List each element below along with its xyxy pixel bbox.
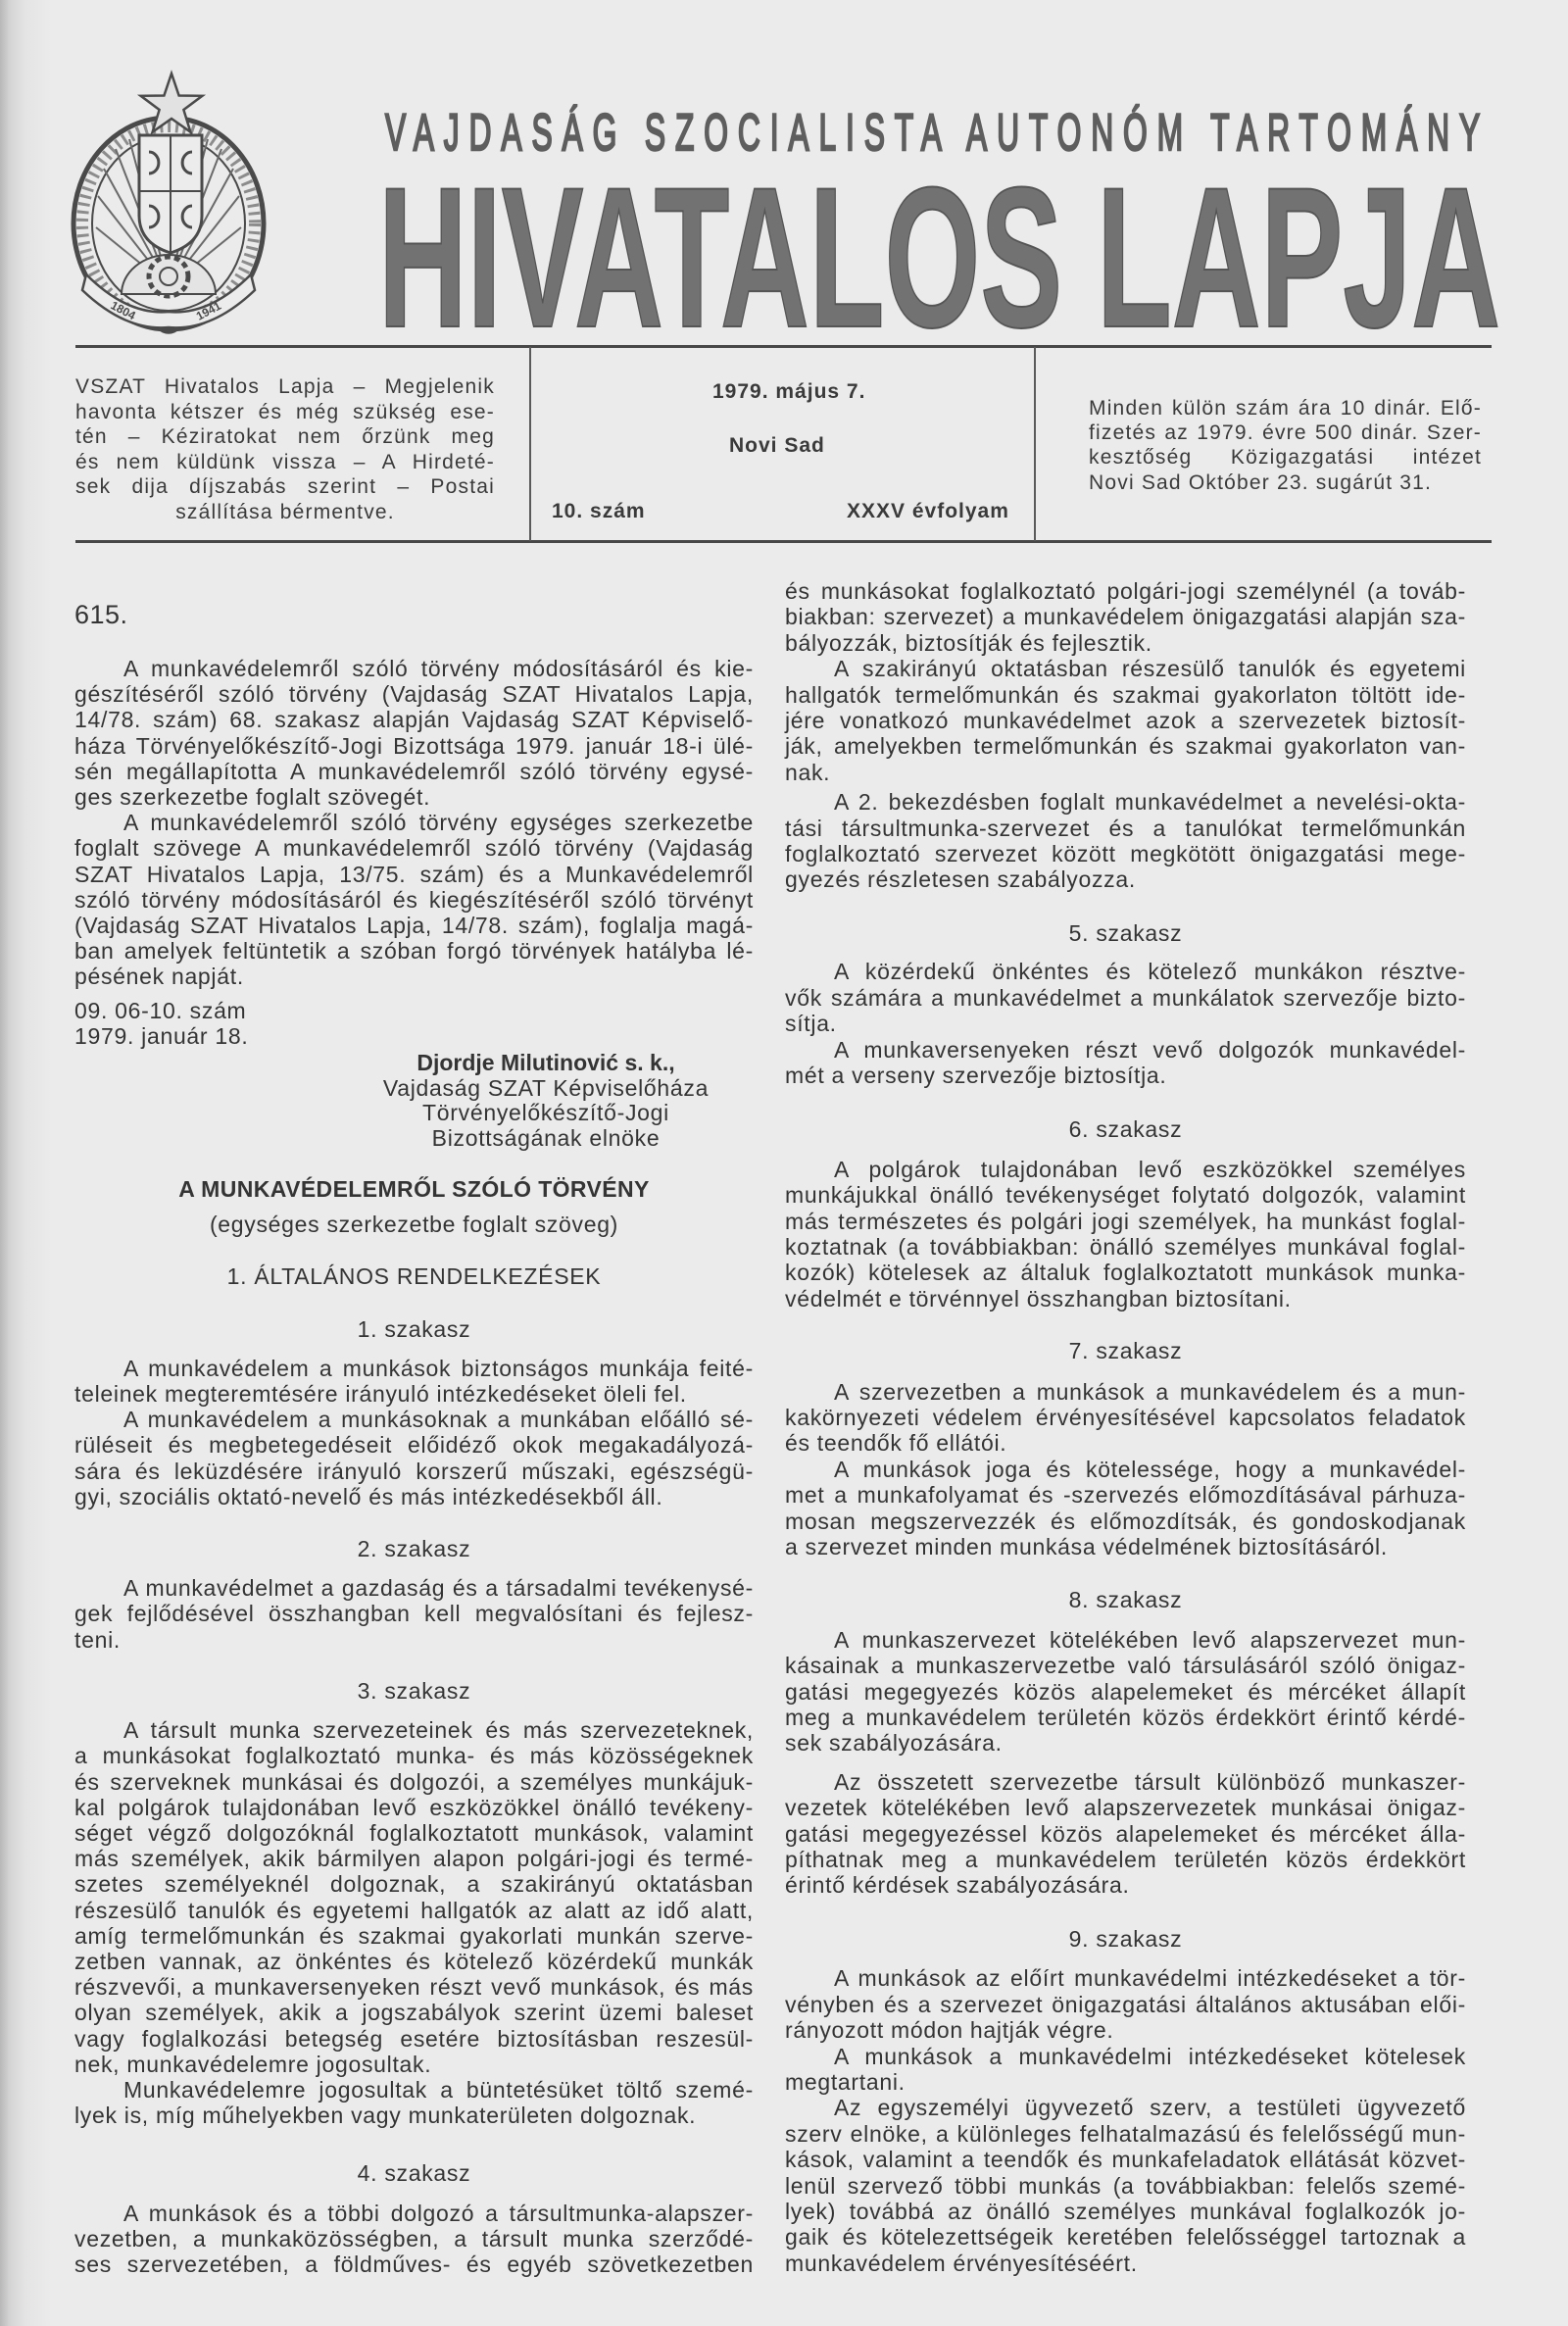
paragraph: A munkások a munkavédelmi intézkedéseket… (785, 2044, 1466, 2096)
text-line: A munkavédelem a munkások biztonságos mu… (74, 1356, 754, 1381)
issue-place: Novi Sad (729, 433, 825, 459)
text-line: szerv elnöke, a különleges felhatalmazás… (785, 2121, 1466, 2147)
text-line: (Vajdaság SZAT Hivatalos Lapja, 14/78. s… (74, 913, 754, 938)
header-divider-left (529, 347, 531, 541)
text-line: A munkavédelemről szóló törvény egységes… (74, 810, 754, 835)
text-line: vezetek kötelékében levő alapszervezetek… (785, 1795, 1466, 1820)
paragraph: A munkások joga és kötelessége, hogy a m… (785, 1457, 1466, 1560)
text-line: szóló törvény módosításáról és kiegészít… (74, 887, 754, 913)
text-line: munkavédelem érvényesítéséért. (785, 2251, 1466, 2276)
text-line: és nem küldünk vissza – A Hirdeté- (75, 450, 495, 475)
gazette-page: 1804 1941 VAJDASÁG SZOCIALISTA AUTONÓM T… (0, 0, 1568, 2326)
text-line: és szerveknek munkásai és dolgozói, a sz… (74, 1769, 754, 1795)
reference-line: 1979. január 18. (74, 1023, 754, 1049)
paragraph: A közérdekű önkéntes és kötelező munkáko… (785, 959, 1466, 1036)
paragraph: A társult munka szervezeteinek és más sz… (74, 1717, 754, 2077)
text-line: kások, valamint a teendők és munkafelada… (785, 2147, 1466, 2172)
signature-block: Djordje Milutinović s. k., Vajdaság SZAT… (368, 1051, 723, 1151)
text-line: gek fejlődésével összhangban kell megval… (74, 1601, 754, 1626)
text-line: A társult munka szervezeteinek és más sz… (74, 1717, 754, 1743)
text-line: A szakirányú oktatásban részesülő tanuló… (785, 656, 1466, 681)
text-line: nek, munkavédelemre jogosultak. (74, 2052, 754, 2077)
issue-date: 1979. május 7. (712, 379, 865, 405)
text-line: foglalkoztató szervezet között megkötött… (785, 841, 1466, 866)
text-line: Vajdaság SZAT Képviselőháza (368, 1076, 723, 1102)
text-line: ják, amelyekben termelőmunkán és szakmai… (785, 733, 1466, 759)
text-line: jére vonatkozó munkavédelmet azok a szer… (785, 708, 1466, 733)
text-line: píthatnak meg a munkavédelem területén k… (785, 1847, 1466, 1872)
text-line: a szervezet minden munkása védelmének bi… (785, 1534, 1466, 1559)
signatory-title: Vajdaság SZAT KépviselőházaTörvényelőkés… (368, 1076, 723, 1152)
text-line: mét a verseny szervezője biztosítja. (785, 1063, 1466, 1088)
issue-number: 10. szám (552, 499, 646, 524)
paragraph: Az összetett szervezetbe társult különbö… (785, 1769, 1466, 1899)
signatory-name: Djordje Milutinović s. k., (368, 1051, 723, 1076)
paragraph: A polgárok tulajdonában levő eszközökkel… (785, 1157, 1466, 1311)
text-line: védelmét e törvénnyel összhangban biztos… (785, 1286, 1466, 1311)
text-line: Törvényelőkészítő-Jogi (368, 1101, 723, 1126)
text-line: teleinek megteremtésére irányuló intézke… (74, 1381, 754, 1407)
text-line: vők számára a munkavédelmet a munkálatok… (785, 985, 1466, 1011)
paragraph: A szervezetben a munkások a munkavédelem… (785, 1379, 1466, 1457)
masthead: 1804 1941 VAJDASÁG SZOCIALISTA AUTONÓM T… (0, 0, 1568, 343)
text-line: A 2. bekezdésben foglalt munkavédelmet a… (785, 789, 1466, 815)
text-line: sítja. (785, 1011, 1466, 1036)
paragraph: A munkaszervezet kötelékében levő alapsz… (785, 1627, 1466, 1757)
text-line: kozók) kötelesek az általuk foglalkoztat… (785, 1260, 1466, 1285)
text-line: tási társultmunka-szervezet és a tanulók… (785, 816, 1466, 841)
text-line: háza Törvényelőkészítő-Jogi Bizottsága 1… (74, 733, 754, 759)
text-line: Bizottságának elnöke (368, 1126, 723, 1152)
section-heading: 9. szakasz (785, 1926, 1466, 1952)
text-line: vagy foglalkozási betegség esetére bizto… (74, 2026, 754, 2052)
text-line: A szervezetben a munkások a munkavédelem… (785, 1379, 1466, 1405)
header-rule-bottom (75, 540, 1492, 543)
text-line: Munkavédelemre jogosultak a büntetésüket… (74, 2077, 754, 2103)
section-heading: 5. szakasz (785, 920, 1466, 946)
section-heading: 2. szakasz (74, 1536, 754, 1561)
paragraph: A munkavédelem a munkásoknak a munkában … (74, 1407, 754, 1509)
text-line: A munkavédelem a munkásoknak a munkában … (74, 1407, 754, 1432)
text-line: SZAT Hivatalos Lapja, 13/75. szám) és a … (74, 862, 754, 887)
text-line: mosan megszervezzék és előmozdítsák, és … (785, 1509, 1466, 1534)
text-line: rüléseit és megbetegedéseit előidéző oko… (74, 1432, 754, 1458)
text-line: biakban: szervezet) a munkavédelem öniga… (785, 604, 1466, 629)
volume: XXXV évfolyam (847, 499, 1009, 524)
text-line: met a munkafolyamat és -szervezés előmoz… (785, 1482, 1466, 1508)
text-line: érintő kérdések szabályozására. (785, 1872, 1466, 1898)
text-line: A munkaszervezet kötelékében levő alapsz… (785, 1627, 1466, 1653)
text-line: meg a munkavédelem területén közös érdek… (785, 1705, 1466, 1730)
text-line: fizetés az 1979. évre 500 dinár. Szer- (1089, 421, 1482, 445)
section-heading: 8. szakasz (785, 1587, 1466, 1612)
item-number: 615. (74, 599, 754, 630)
text-line: sén megállapította A munkavédelemről szó… (74, 759, 754, 784)
text-line: kásainak a munkaszervezetbe való társulá… (785, 1653, 1466, 1678)
publication-note: VSZAT Hivatalos Lapja – Megjelenikhavont… (75, 374, 495, 525)
text-line: A munkások és a többi dolgozó a társultm… (74, 2201, 754, 2226)
text-line: A munkások joga és kötelessége, hogy a m… (785, 1457, 1466, 1482)
text-line: A közérdekű önkéntes és kötelező munkáko… (785, 959, 1466, 984)
text-line: lenül szervező többi munkás (a továbbiak… (785, 2173, 1466, 2199)
paragraph: Munkavédelemre jogosultak a büntetésüket… (74, 2077, 754, 2128)
text-line: A munkaversenyeken részt vevő dolgozók m… (785, 1037, 1466, 1063)
text-line: gyi, szociális oktató-nevelő és más inté… (74, 1484, 754, 1509)
text-line: és teendők fő ellátói. (785, 1430, 1466, 1456)
text-line: gatási megegyezéssel közös alapelemeket … (785, 1821, 1466, 1847)
text-line: tén – Kéziratokat nem őrzünk meg (75, 424, 495, 450)
text-line: kal polgárok tulajdonában levő eszközökk… (74, 1795, 754, 1820)
text-line: amíg termelőmunkán és szakmai gyakorlati… (74, 1923, 754, 1949)
reference-line: 09. 06-10. szám (74, 998, 754, 1023)
paragraph: A munkások és a többi dolgozó a társultm… (74, 2201, 754, 2278)
reference-block: 09. 06-10. szám1979. január 18. (74, 998, 754, 1049)
continued-paragraph: és munkásokat foglalkoztató polgári-jogi… (785, 578, 1466, 656)
text-line: Az egyszemélyi ügyvezető szerv, a testül… (785, 2095, 1466, 2120)
text-line: munkájukkal önálló tevékenységet folytat… (785, 1182, 1466, 1208)
text-line: sek szabályozására. (785, 1730, 1466, 1756)
preamble-paragraph: A munkavédelemről szóló törvény módosítá… (74, 656, 754, 810)
text-line: megtartani. (785, 2069, 1466, 2095)
text-line: lyek is, míg műhelyekben vagy munkaterül… (74, 2103, 754, 2128)
text-line: a munkásokat foglalkoztató munka- és más… (74, 1743, 754, 1768)
gazette-title: HIVATALOS LAPJA (378, 146, 1500, 343)
paragraph: A szakirányú oktatásban részesülő tanuló… (785, 656, 1466, 785)
preamble-paragraph: A munkavédelemről szóló törvény egységes… (74, 810, 754, 989)
paragraph: A munkaversenyeken részt vevő dolgozók m… (785, 1037, 1466, 1089)
text-line: VSZAT Hivatalos Lapja – Megjelenik (75, 374, 495, 400)
text-line: zetben vannak, az önkéntes és kötelező k… (74, 1949, 754, 1974)
text-line: lyek) továbbá az önálló személyes munkáv… (785, 2199, 1466, 2224)
section-heading: 3. szakasz (74, 1678, 754, 1704)
text-line: más személyek, akik bármilyen alapon pol… (74, 1846, 754, 1871)
text-line: szállítása bérmentve. (75, 500, 495, 525)
text-line: A munkavédelmet a gazdaság és a társadal… (74, 1575, 754, 1601)
text-line: koztatnak (a továbbiakban: önálló személ… (785, 1234, 1466, 1260)
text-line: ges szerkezetbe foglalt szövegét. (74, 784, 754, 810)
right-column: és munkásokat foglalkoztató polgári-jogi… (785, 578, 1466, 2276)
text-line: séget végző dolgozóknál foglalkoztatott … (74, 1820, 754, 1846)
text-line: sára és leküzdésére irányuló korszerű mű… (74, 1459, 754, 1484)
section-heading: 4. szakasz (74, 2160, 754, 2186)
paragraph: A munkások az előírt munkavédelmi intézk… (785, 1965, 1466, 2043)
text-line: gaik és kötelezettségeik keretében felel… (785, 2224, 1466, 2250)
law-title: A MUNKAVÉDELEMRŐL SZÓLÓ TÖRVÉNY (74, 1176, 754, 1202)
text-line: pésének napját. (74, 964, 754, 989)
text-line: vezetben, a munkaközösségben, a társult … (74, 2226, 754, 2252)
text-line: gészítéséről szóló törvény (Vajdaság SZA… (74, 681, 754, 707)
text-line: A munkavédelemről szóló törvény módosítá… (74, 656, 754, 681)
text-line: teni. (74, 1627, 754, 1653)
text-line: olyan személyek, akik a jogszabályok sze… (74, 2000, 754, 2025)
text-line: 14/78. szám) 68. szakasz alapján Vajdasá… (74, 707, 754, 732)
text-line: A polgárok tulajdonában levő eszközökkel… (785, 1157, 1466, 1182)
text-line: nak. (785, 760, 1466, 785)
text-line: vényben és a szervezet önigazgatási álta… (785, 1992, 1466, 2017)
text-line: bályozzák, biztosítják és fejlesztik. (785, 630, 1466, 656)
section-heading: 6. szakasz (785, 1116, 1466, 1142)
law-subtitle: (egységes szerkezetbe foglalt szöveg) (74, 1212, 754, 1237)
text-line: részesülő tanulók és egyetemi hallgatók … (74, 1898, 754, 1923)
text-line: Az összetett szervezetbe társult különbö… (785, 1769, 1466, 1795)
header-rule-top (75, 345, 1492, 348)
text-line: foglalt szövege A munkavédelemről szóló … (74, 835, 754, 861)
text-line: és munkásokat foglalkoztató polgári-jogi… (785, 578, 1466, 604)
section-heading: 7. szakasz (785, 1338, 1466, 1363)
paragraph: A munkavédelem a munkások biztonságos mu… (74, 1356, 754, 1407)
left-column: 615. A munkavédelemről szóló törvény mód… (74, 599, 754, 2277)
paragraph: A 2. bekezdésben foglalt munkavédelmet a… (785, 789, 1466, 893)
price-note: Minden külön szám ára 10 dinár. Elő-fize… (1089, 396, 1482, 495)
text-line: rányozott módon hajtják végre. (785, 2017, 1466, 2043)
text-line: részvevői, a munkaversenyeken részt vevő… (74, 1974, 754, 2000)
text-line: kesztőség Közigazgatási intézet (1089, 445, 1482, 470)
text-line: sek dija díjszabás szerint – Postai (75, 474, 495, 500)
paragraph: Az egyszemélyi ügyvezető szerv, a testül… (785, 2095, 1466, 2276)
text-line: ban amelyek feltüntetik a szóban forgó t… (74, 938, 754, 964)
text-line: Novi Sad Október 23. sugárút 31. (1089, 470, 1482, 495)
text-line: más természetes és polgári jogi személye… (785, 1209, 1466, 1234)
text-line: Minden külön szám ára 10 dinár. Elő- (1089, 396, 1482, 421)
text-line: havonta kétszer és még szükség ese- (75, 400, 495, 425)
text-line: kakörnyezeti védelem érvényesítésével ka… (785, 1405, 1466, 1430)
text-line: hallgatók termelőmunkán és szakmai gyako… (785, 682, 1466, 708)
text-line: ses szervezetében, a földműves- és egyéb… (74, 2252, 754, 2277)
text-line: A munkások a munkavédelmi intézkedéseket… (785, 2044, 1466, 2069)
coat-of-arms-icon (73, 74, 264, 333)
header-divider-right (1034, 347, 1036, 541)
chapter-heading: 1. ÁLTALÁNOS RENDELKEZÉSEK (74, 1263, 754, 1289)
section-heading: 1. szakasz (74, 1316, 754, 1342)
text-line: gyezés részletesen szabályozza. (785, 866, 1466, 892)
text-line: gatási megegyezés közös alapelemeket és … (785, 1679, 1466, 1705)
text-line: A munkások az előírt munkavédelmi intézk… (785, 1965, 1466, 1991)
paragraph: A munkavédelmet a gazdaság és a társadal… (74, 1575, 754, 1653)
text-line: szetes személyeknél dolgoznak, a szakirá… (74, 1871, 754, 1897)
